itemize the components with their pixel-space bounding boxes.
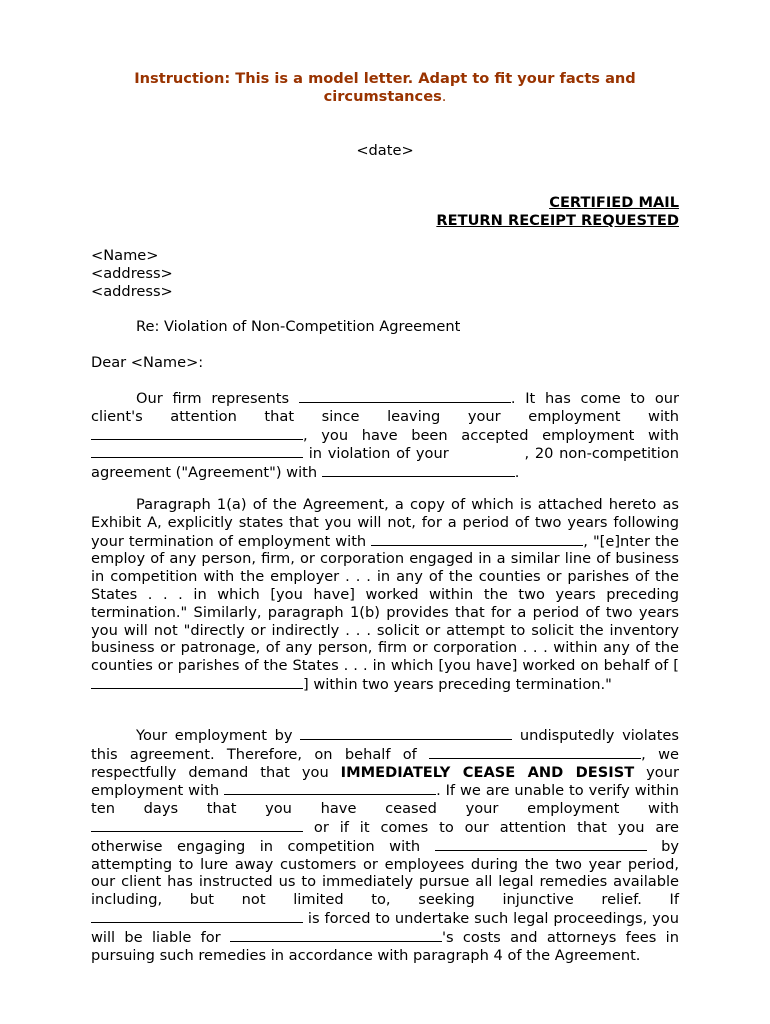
text-segment: in violation of your (303, 445, 454, 462)
new-employer-blank[interactable] (91, 818, 303, 832)
new-employer-blank[interactable] (300, 726, 512, 740)
re-line: Re: Violation of Non-Competition Agreeme… (136, 318, 460, 336)
date-placeholder: <date> (91, 142, 679, 160)
return-receipt-line: RETURN RECEIPT REQUESTED (436, 212, 679, 230)
cease-desist-emphasis: IMMEDIATELY CEASE AND DESIST (341, 764, 635, 781)
text-segment: Your employment by (136, 727, 300, 744)
client-name-blank[interactable] (429, 745, 641, 759)
mailing-method: CERTIFIED MAIL RETURN RECEIPT REQUESTED (436, 194, 679, 230)
agreement-party-blank[interactable] (322, 463, 515, 477)
paragraph-representation: Our firm represents . It has come to our… (91, 389, 679, 482)
recipient-address-line-2: <address> (91, 283, 173, 301)
text-segment: , 20 (524, 445, 559, 462)
text-segment: , you have been accepted employment with (303, 427, 679, 444)
employer-bracket-blank[interactable] (91, 675, 303, 689)
salutation: Dear <Name>: (91, 354, 203, 372)
client-name-blank[interactable] (299, 389, 511, 403)
instruction-note: Instruction: This is a model letter. Ada… (91, 70, 679, 106)
paragraph-agreement-terms: Paragraph 1(a) of the Agreement, a copy … (91, 496, 679, 694)
text-segment: , "[e]nter the employ of any person, fir… (91, 533, 679, 675)
recipient-address-block: <Name> <address> <address> (91, 247, 173, 300)
recipient-address-line-1: <address> (91, 265, 173, 283)
recipient-name: <Name> (91, 247, 173, 265)
text-segment: Our firm represents (136, 390, 299, 407)
paragraph-demand: Your employment by undisputedly violates… (91, 726, 679, 964)
employer-blank[interactable] (371, 532, 583, 546)
former-employer-blank[interactable] (91, 426, 303, 440)
client-name-blank[interactable] (230, 928, 442, 942)
text-segment: . (515, 464, 520, 481)
client-name-blank[interactable] (435, 837, 647, 851)
client-name-blank[interactable] (91, 909, 303, 923)
new-employer-blank[interactable] (224, 781, 436, 795)
instruction-period: . (442, 88, 447, 105)
instruction-text: Instruction: This is a model letter. Ada… (134, 70, 636, 105)
text-segment: ] within two years preceding termination… (303, 676, 612, 693)
new-employer-blank[interactable] (91, 444, 303, 458)
certified-mail-line: CERTIFIED MAIL (436, 194, 679, 212)
